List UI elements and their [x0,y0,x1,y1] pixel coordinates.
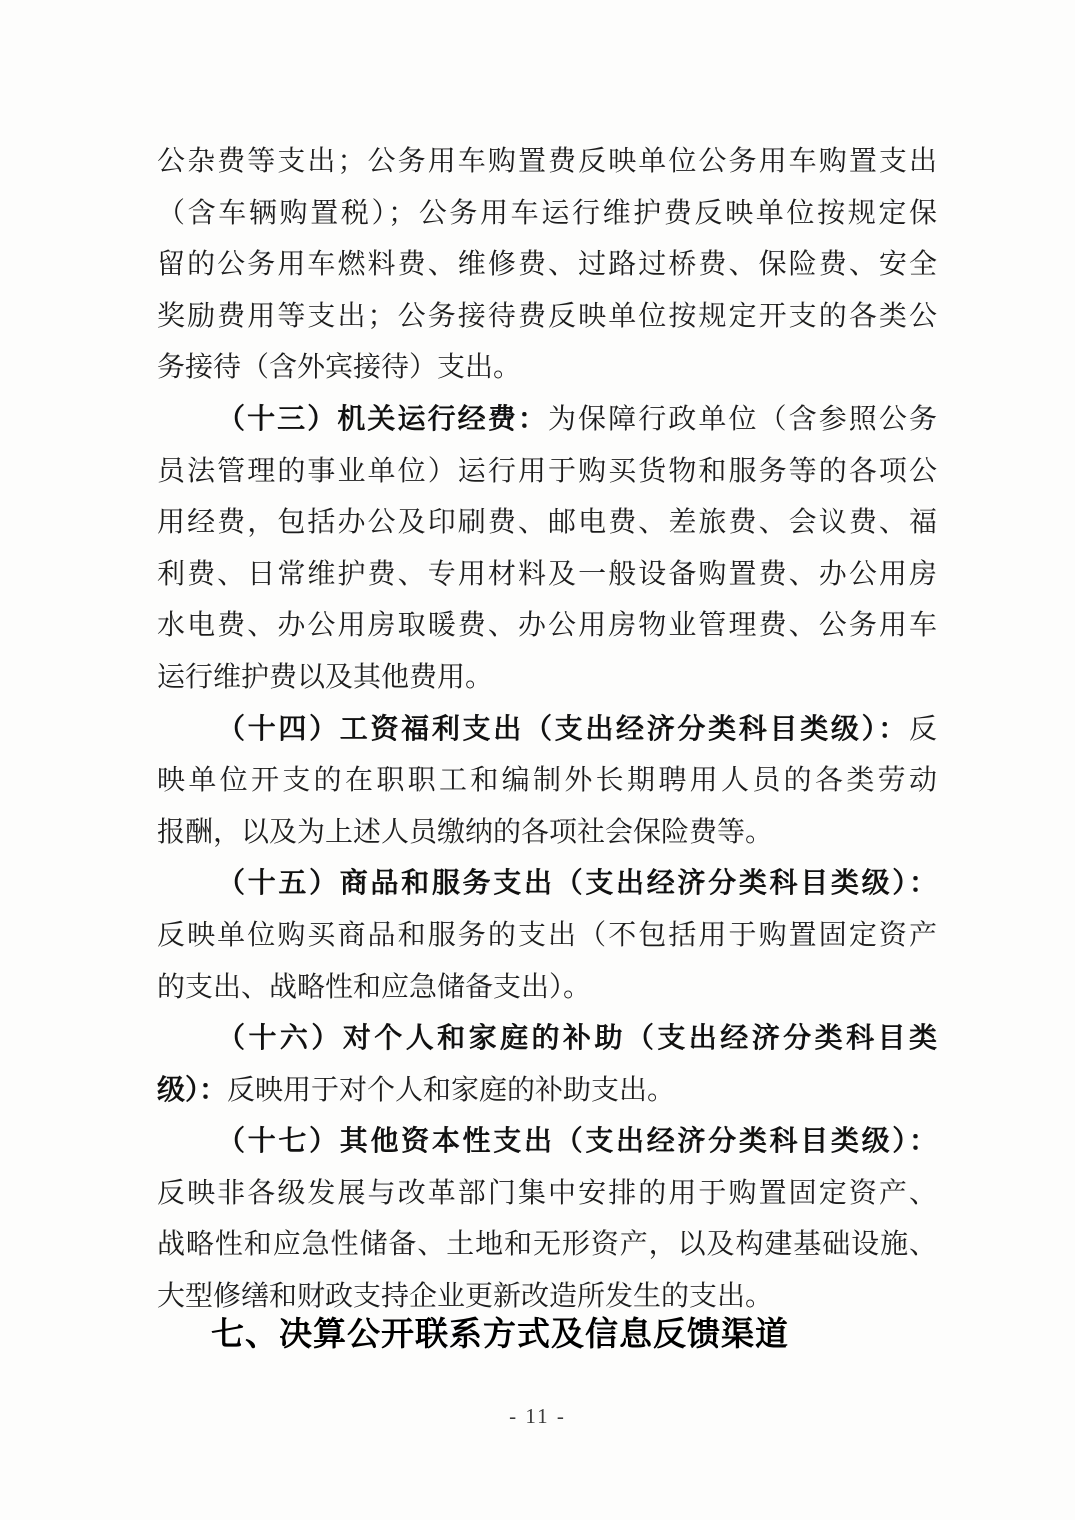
section-lead: 级）： [157,1075,227,1106]
document-page: 公杂费等支出；公务用车购置费反映单位公务用车购置支出 （含车辆购置税）；公务用车… [0,0,1075,1520]
text-line: 员法管理的事业单位）运行用于购买货物和服务等的各项公 [157,446,937,498]
text-line: （含车辆购置税）；公务用车运行维护费反映单位按规定保 [157,188,937,240]
text-line: 的支出、战略性和应急储备支出）。 [157,962,937,1014]
section-lead: （十六）对个人和家庭的补助（支出经济分类科目类 [217,1023,937,1054]
line-text: 员法管理的事业单位）运行用于购买货物和服务等的各项公 [157,456,937,487]
page-number: - 11 - [0,1404,1075,1429]
text-line: 务接待（含外宾接待）支出。 [157,342,937,394]
text-line: （十四）工资福利支出（支出经济分类科目类级）：反 [157,704,937,756]
text-line: （十三）机关运行经费：为保障行政单位（含参照公务 [157,394,937,446]
line-text: 反映非各级发展与改革部门集中安排的用于购置固定资产、 [157,1178,937,1209]
section-lead: （十三）机关运行经费： [217,404,548,435]
section-lead: （十四）工资福利支出（支出经济分类科目类级）： [217,714,909,745]
text-line: 级）：反映用于对个人和家庭的补助支出。 [157,1065,937,1117]
line-text: 运行维护费以及其他费用。 [157,662,493,693]
line-text: 反 [909,714,937,745]
text-line: （十六）对个人和家庭的补助（支出经济分类科目类 [157,1013,937,1065]
line-text: 大型修缮和财政支持企业更新改造所发生的支出。 [157,1281,773,1312]
text-line: 战略性和应急性储备、土地和无形资产，以及构建基础设施、 [157,1219,937,1271]
section-heading: 七、决算公开联系方式及信息反馈渠道 [157,1309,937,1359]
line-text: 报酬，以及为上述人员缴纳的各项社会保险费等。 [157,817,773,848]
section-lead: （十五）商品和服务支出（支出经济分类科目类级）： [217,868,937,899]
line-text: 映单位开支的在职职工和编制外长期聘用人员的各类劳动 [157,765,937,796]
text-line: 水电费、办公用房取暖费、办公用房物业管理费、公务用车 [157,600,937,652]
line-text: 奖励费用等支出；公务接待费反映单位按规定开支的各类公 [157,301,937,332]
line-text: 利费、日常维护费、专用材料及一般设备购置费、办公用房 [157,559,937,590]
document-body-text: 公杂费等支出；公务用车购置费反映单位公务用车购置支出 （含车辆购置税）；公务用车… [157,136,937,1359]
line-text: 用经费，包括办公及印刷费、邮电费、差旅费、会议费、福 [157,507,937,538]
text-line: 反映单位购买商品和服务的支出（不包括用于购置固定资产 [157,910,937,962]
line-text: 务接待（含外宾接待）支出。 [157,352,521,383]
line-text: 留的公务用车燃料费、维修费、过路过桥费、保险费、安全 [157,249,937,280]
text-line: 映单位开支的在职职工和编制外长期聘用人员的各类劳动 [157,755,937,807]
line-text: 战略性和应急性储备、土地和无形资产，以及构建基础设施、 [157,1229,937,1260]
line-text: 为保障行政单位（含参照公务 [548,404,937,435]
section-lead: （十七）其他资本性支出（支出经济分类科目类级）： [217,1126,937,1157]
text-line: 报酬，以及为上述人员缴纳的各项社会保险费等。 [157,807,937,859]
text-line: 反映非各级发展与改革部门集中安排的用于购置固定资产、 [157,1168,937,1220]
text-line: （十五）商品和服务支出（支出经济分类科目类级）： [157,858,937,910]
line-text: 的支出、战略性和应急储备支出）。 [157,972,591,1003]
line-text: 反映用于对个人和家庭的补助支出。 [227,1075,675,1106]
text-line: 公杂费等支出；公务用车购置费反映单位公务用车购置支出 [157,136,937,188]
text-line: 奖励费用等支出；公务接待费反映单位按规定开支的各类公 [157,291,937,343]
line-text: 反映单位购买商品和服务的支出（不包括用于购置固定资产 [157,920,937,951]
text-line: （十七）其他资本性支出（支出经济分类科目类级）： [157,1116,937,1168]
line-text: 公杂费等支出；公务用车购置费反映单位公务用车购置支出 [157,146,937,177]
line-text: 水电费、办公用房取暖费、办公用房物业管理费、公务用车 [157,610,937,641]
text-line: 利费、日常维护费、专用材料及一般设备购置费、办公用房 [157,549,937,601]
line-text: （含车辆购置税）；公务用车运行维护费反映单位按规定保 [157,198,937,229]
text-line: 用经费，包括办公及印刷费、邮电费、差旅费、会议费、福 [157,497,937,549]
text-line: 留的公务用车燃料费、维修费、过路过桥费、保险费、安全 [157,239,937,291]
text-line: 运行维护费以及其他费用。 [157,652,937,704]
